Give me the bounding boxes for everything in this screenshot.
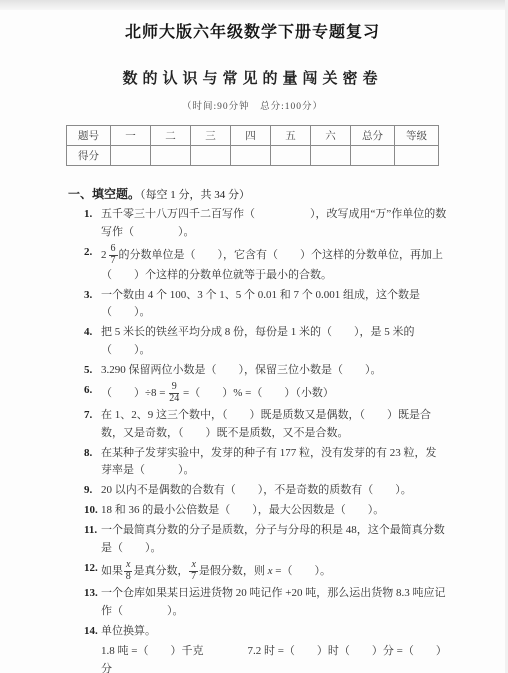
question-text: 在某种子发芽实验中，发芽的种子有 177 粒，没有发芽的有 23 粒，发芽率是（… <box>101 445 447 480</box>
paper-title: 数的认识与常见的量闯关密卷 <box>0 67 505 88</box>
question-item: 7.在 1、2、9 这三个数中，（ ）既是质数又是偶数，（ ）既是合数，又是奇数… <box>84 407 447 442</box>
question-text: 五千零三十八万四千二百写作（ ），改写成用“万”作单位的数写作（ ）。 <box>101 206 447 241</box>
question-text: 单位换算。1.8 吨 =（ ）千克 7.2 时 =（ ）时（ ）分 =（ ）分 <box>101 623 447 673</box>
scan-edge-band <box>0 0 505 10</box>
variable: x <box>268 565 273 577</box>
question-text: 一个仓库如果某日运进货物 20 吨记作 +20 吨，那么运出货物 8.3 吨应记… <box>101 585 447 620</box>
score-table-cell: 二 <box>151 126 191 146</box>
question-number: 5. <box>84 362 101 380</box>
score-table-cell: 一 <box>111 126 151 146</box>
question-item: 5.3.290 保留两位小数是（ ），保留三位小数是（ ）。 <box>84 362 447 380</box>
question-item: 10.18 和 36 的最小公倍数是（ ），最大公因数是（ ）。 <box>84 502 447 520</box>
question-item: 3.一个数由 4 个 100、3 个 1、5 个 0.01 和 7 个 0.00… <box>84 287 447 322</box>
fraction: 924 <box>169 382 179 405</box>
question-number: 13. <box>84 585 101 620</box>
question-number: 4. <box>84 324 101 359</box>
question-text: 一个数由 4 个 100、3 个 1、5 个 0.01 和 7 个 0.001 … <box>101 287 447 322</box>
question-text: 3.290 保留两位小数是（ ），保留三位小数是（ ）。 <box>101 362 447 380</box>
question-subline: 1.8 吨 =（ ）千克 7.2 时 =（ ）时（ ）分 =（ ）分 <box>101 643 447 673</box>
score-table-label-cell: 得分 <box>67 146 111 166</box>
question-item: 11.一个最简真分数的分子是质数，分子与分母的积是 48，这个最简真分数是（ ）… <box>84 522 447 557</box>
question-item: 8.在某种子发芽实验中，发芽的种子有 177 粒，没有发芽的有 23 粒，发芽率… <box>84 445 447 480</box>
question-number: 14. <box>84 623 101 673</box>
fraction: x8 <box>124 560 132 583</box>
question-text: 在 1、2、9 这三个数中，（ ）既是质数又是偶数，（ ）既是合数，又是奇数，（… <box>101 407 447 442</box>
question-item: 14.单位换算。1.8 吨 =（ ）千克 7.2 时 =（ ）时（ ）分 =（ … <box>84 623 447 673</box>
math-expression: x7 <box>188 565 198 577</box>
math-expression: 267 <box>101 249 119 261</box>
question-list: 1.五千零三十八万四千二百写作（ ），改写成用“万”作单位的数写作（ ）。2.2… <box>0 206 505 673</box>
question-number: 1. <box>84 206 101 241</box>
question-text: 一个最简真分数的分子是质数，分子与分母的积是 48，这个最简真分数是（ ）。 <box>101 522 447 557</box>
question-item: 6.（ ）÷8 = 924 =（ ）% =（ ）（小数） <box>84 382 447 405</box>
math-expression: 924 <box>168 387 180 399</box>
question-item: 12.如果x8是真分数，x7是假分数，则 x =（ ）。 <box>84 560 447 583</box>
score-table-cell: 总分 <box>351 126 395 146</box>
question-number: 3. <box>84 287 101 322</box>
score-table-cell <box>271 146 311 166</box>
question-text: 20 以内不是偶数的合数有（ ），不是奇数的质数有（ ）。 <box>101 482 447 500</box>
score-table-cell <box>311 146 351 166</box>
score-table-cell <box>111 146 151 166</box>
score-table-cell <box>231 146 271 166</box>
question-number: 12. <box>84 560 101 583</box>
question-number: 6. <box>84 382 101 405</box>
score-table-cell: 五 <box>271 126 311 146</box>
question-item: 9.20 以内不是偶数的合数有（ ），不是奇数的质数有（ ）。 <box>84 482 447 500</box>
score-table-label-cell: 题号 <box>67 126 111 146</box>
score-table: 题号一二三四五六总分等级得分 <box>66 125 439 166</box>
question-number: 2. <box>84 244 101 285</box>
question-item: 13.一个仓库如果某日运进货物 20 吨记作 +20 吨，那么运出货物 8.3 … <box>84 585 447 620</box>
question-item: 1.五千零三十八万四千二百写作（ ），改写成用“万”作单位的数写作（ ）。 <box>84 206 447 241</box>
question-text: （ ）÷8 = 924 =（ ）% =（ ）（小数） <box>101 382 447 405</box>
course-title: 北师大版六年级数学下册专题复习 <box>0 19 505 42</box>
score-table-cell <box>351 146 395 166</box>
question-item: 4.把 5 米长的铁丝平均分成 8 份，每份是 1 米的（ ），是 5 米的（ … <box>84 324 447 359</box>
section-heading: 一、填空题。（每空 1 分，共 34 分） <box>68 185 505 202</box>
exam-paper-page: 北师大版六年级数学下册专题复习 数的认识与常见的量闯关密卷 （时间:90分钟 总… <box>0 0 508 673</box>
score-table-cell <box>151 146 191 166</box>
score-table-cell: 等级 <box>395 126 439 146</box>
question-text: 如果x8是真分数，x7是假分数，则 x =（ ）。 <box>101 560 447 583</box>
section-heading-points: （每空 1 分，共 34 分） <box>140 189 250 201</box>
fraction: x7 <box>189 560 197 583</box>
math-expression: x8 <box>123 565 133 577</box>
question-item: 2.267的分数单位是（ ），它含有（ ）个这样的分数单位，再加上（ ）个这样的… <box>84 244 447 285</box>
question-text: 18 和 36 的最小公倍数是（ ），最大公因数是（ ）。 <box>101 502 447 520</box>
fraction: 67 <box>109 244 118 267</box>
question-number: 7. <box>84 407 101 442</box>
question-number: 11. <box>84 522 101 557</box>
question-text: 把 5 米长的铁丝平均分成 8 份，每份是 1 米的（ ），是 5 米的（ ）。 <box>101 324 447 359</box>
question-text: 267的分数单位是（ ），它含有（ ）个这样的分数单位，再加上（ ）个这样的分数… <box>101 244 447 285</box>
score-table-cell <box>191 146 231 166</box>
exam-info: （时间:90分钟 总分:100分） <box>0 98 505 112</box>
score-table-cell <box>395 146 439 166</box>
score-table-cell: 三 <box>191 126 231 146</box>
question-number: 8. <box>84 445 101 480</box>
score-table-cell: 四 <box>231 126 271 146</box>
question-number: 9. <box>84 482 101 500</box>
score-table-cell: 六 <box>311 126 351 146</box>
question-number: 10. <box>84 502 101 520</box>
section-heading-title: 一、填空题。 <box>68 187 140 201</box>
